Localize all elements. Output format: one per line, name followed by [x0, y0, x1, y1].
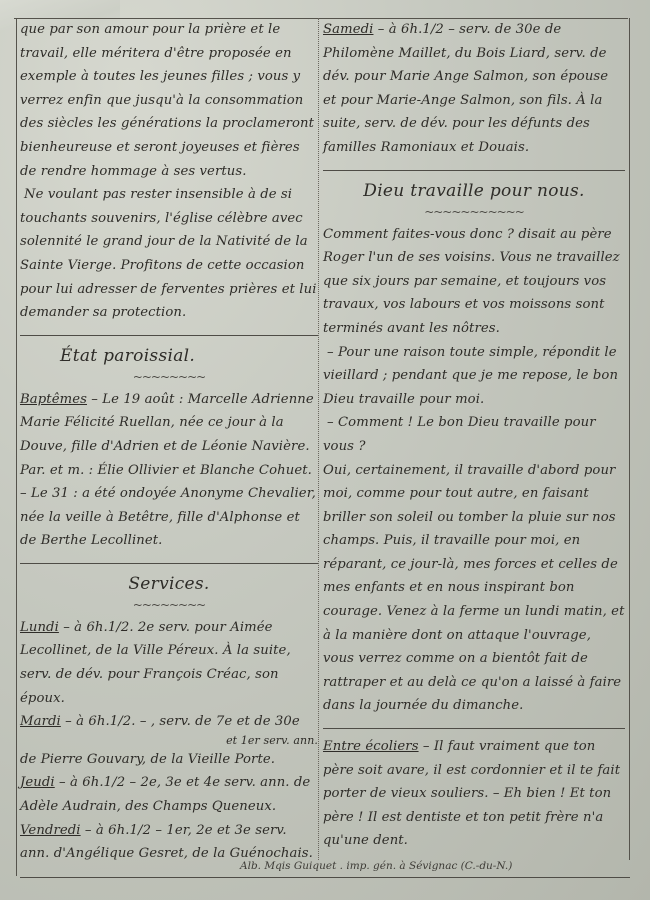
title-squiggle: ~~~~~~~~~~~: [323, 205, 625, 219]
service-text: – à 6h.1/2 – 2e, 3e et 4e serv. ann. de …: [20, 775, 310, 814]
baptemes-entry: Baptêmes – Le 19 août : Marcelle Adrienn…: [20, 388, 318, 482]
ondoiement-entry: – Le 31 : a été ondoyée Anonyme Chevalie…: [20, 482, 318, 553]
service-entry-jeudi: Jeudi – à 6h.1/2 – 2e, 3e et 4e serv. an…: [20, 771, 318, 818]
baptemes-label: Baptêmes: [20, 392, 87, 407]
left-column: que par son amour pour la prière et le t…: [16, 18, 318, 876]
intro-paragraph-1: que par son amour pour la prière et le t…: [20, 18, 318, 183]
article-paragraph: – Comment ! Le bon Dieu travaille pour v…: [323, 411, 625, 458]
joke-entry: Entre écoliers – Il faut vraiment que to…: [323, 735, 625, 853]
services-title: Services.: [20, 570, 318, 598]
service-text: – à 6h.1/2. 2e serv. pour Aimée Lecollin…: [20, 620, 291, 706]
service-day: Jeudi: [20, 775, 55, 790]
section-divider: [323, 728, 625, 729]
service-day: Lundi: [20, 620, 59, 635]
service-entry-vendredi: Vendredi – à 6h.1/2 – 1er, 2e et 3e serv…: [20, 819, 318, 866]
bottom-rule: [20, 877, 630, 878]
service-entry-mardi: Mardi – à 6h.1/2. – , serv. de 7e et de …: [20, 710, 318, 734]
service-text: – à 6h.1/2 – serv. de 30e de Philomène M…: [323, 22, 608, 155]
intro-paragraph-2: Ne voulant pas rester insensible à de si…: [20, 183, 318, 325]
section-divider: [323, 170, 625, 171]
article-paragraph: Comment faites-vous donc ? disait au pèr…: [323, 223, 625, 341]
service-note: et 1er serv. ann.: [20, 734, 318, 748]
service-entry-samedi: Samedi – à 6h.1/2 – serv. de 30e de Phil…: [323, 18, 625, 160]
joke-text: – Il faut vraiment que ton père soit ava…: [323, 739, 620, 848]
joke-label: Entre écoliers: [323, 739, 419, 754]
service-day: Vendredi: [20, 823, 81, 838]
article-paragraph: Oui, certainement, il travaille d'abord …: [323, 459, 625, 719]
right-column: Samedi – à 6h.1/2 – serv. de 30e de Phil…: [318, 18, 630, 860]
section-divider: [20, 563, 318, 564]
etat-paroissial-title: État paroissial.: [20, 342, 318, 370]
title-squiggle: ~~~~~~~~: [20, 370, 318, 384]
article-paragraph: – Pour une raison toute simple, répondit…: [323, 341, 625, 412]
title-squiggle: ~~~~~~~~: [20, 598, 318, 612]
service-text: – à 6h.1/2. – , serv. de 7e et de 30e: [61, 714, 300, 729]
article-title: Dieu travaille pour nous.: [323, 177, 625, 205]
service-day: Samedi: [323, 22, 373, 37]
service-entry-lundi: Lundi – à 6h.1/2. 2e serv. pour Aimée Le…: [20, 616, 318, 710]
service-day: Mardi: [20, 714, 61, 729]
service-entry-continuation: de Pierre Gouvary, de la Vieille Porte.: [20, 748, 318, 772]
printer-imprint: Alb. Mqis Guiquet . imp. gén. à Sévignac…: [240, 860, 512, 872]
section-divider: [20, 335, 318, 336]
